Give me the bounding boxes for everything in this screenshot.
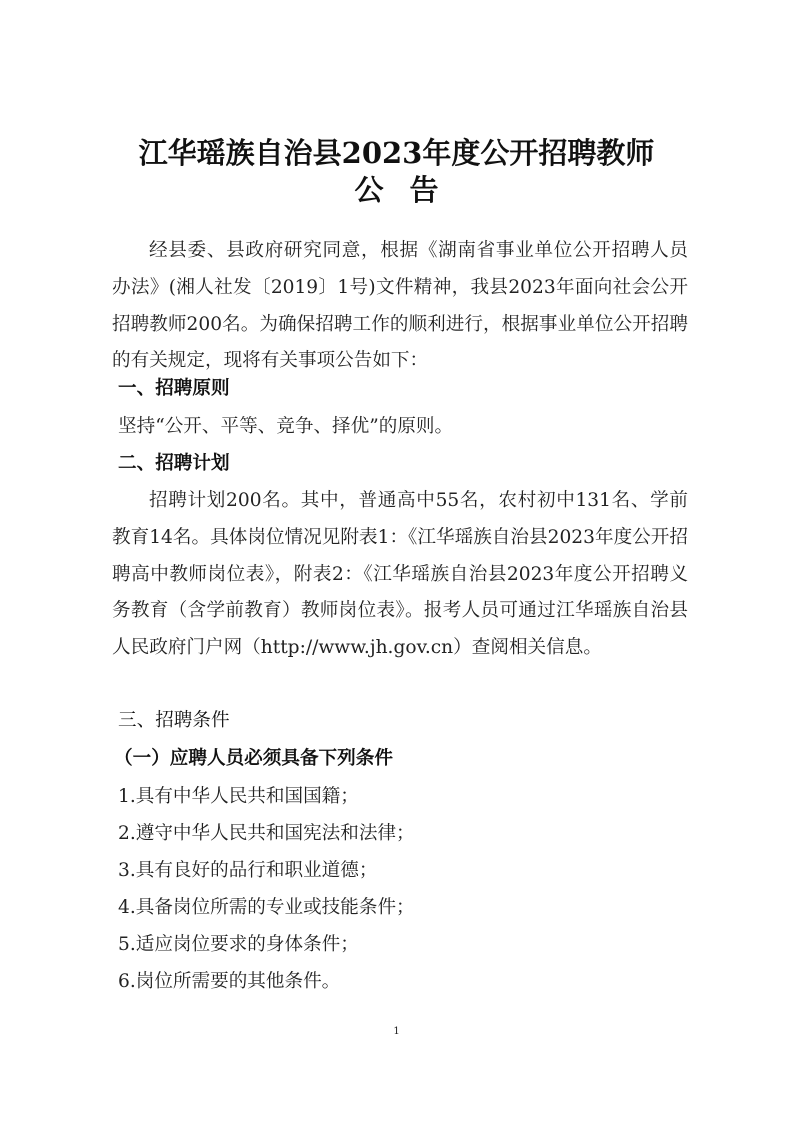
intro-paragraph: 经县委、县政府研究同意，根据《湖南省事业单位公开招聘人员办法》(湘人社发〔201… [112, 233, 688, 380]
document-page: 江华瑶族自治县2023年度公开招聘教师 公告 经县委、县政府研究同意，根据《湖南… [0, 0, 793, 1122]
condition-item: 1.具有中华人民共和国国籍； [118, 782, 359, 812]
condition-item: 4.具备岗位所需的专业或技能条件； [118, 893, 415, 923]
conditions-subheading: （一）应聘人员必须具备下列条件 [114, 744, 393, 774]
section-content-plan: 招聘计划200名。其中，普通高中55名，农村初中131名、学前教育14名。具体岗… [112, 483, 688, 667]
page-number: 1 [0, 1026, 793, 1037]
condition-item: 6.岗位所需要的其他条件。 [118, 967, 340, 997]
condition-item: 3.具有良好的品行和职业道德； [118, 856, 377, 886]
section-heading-conditions: 三、招聘条件 [118, 706, 230, 736]
section-content-principles: 坚持“公开、平等、竞争、择优”的原则。 [118, 412, 453, 442]
document-title-notice: 公告 [0, 168, 793, 209]
condition-item: 5.适应岗位要求的身体条件； [118, 930, 359, 960]
section-heading-principles: 一、招聘原则 [118, 374, 230, 404]
document-title: 江华瑶族自治县2023年度公开招聘教师 [0, 131, 793, 172]
condition-item: 2.遵守中华人民共和国宪法和法律； [118, 819, 415, 849]
section-heading-plan: 二、招聘计划 [118, 449, 230, 479]
